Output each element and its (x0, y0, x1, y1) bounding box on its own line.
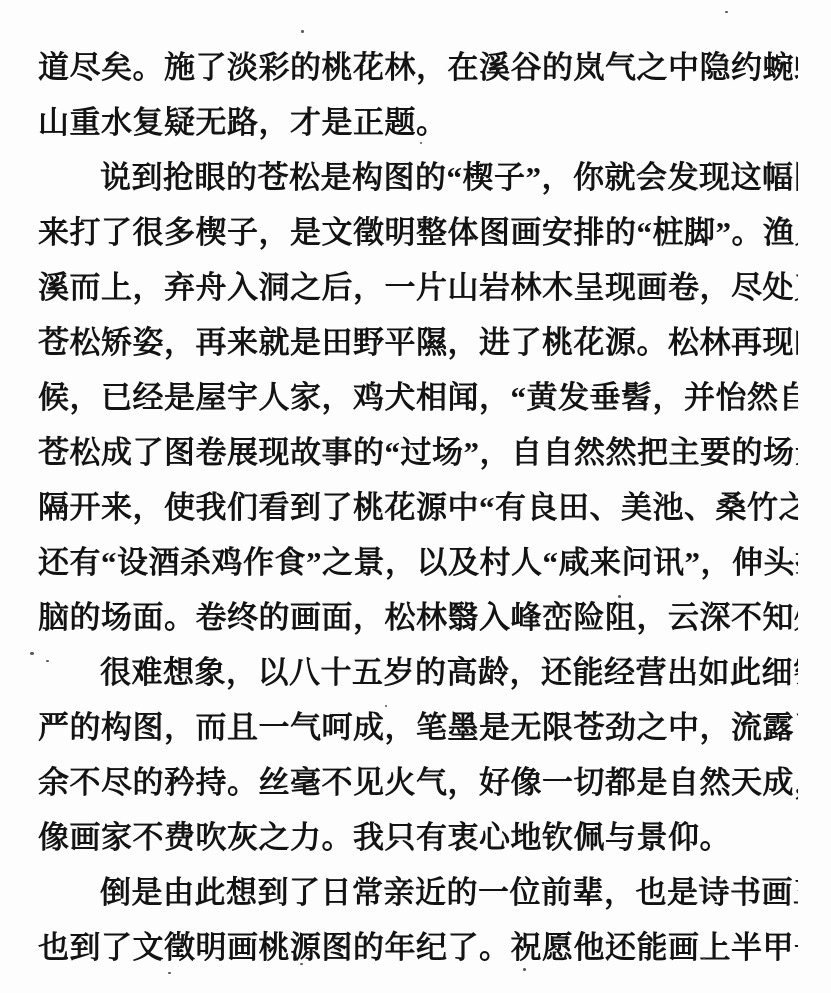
text-line: 很难想象，以八十五岁的高龄，还能经营出如此细密谨 (38, 645, 798, 700)
scan-noise-dot (703, 957, 705, 959)
scan-noise-dot (301, 30, 304, 33)
text-line: 说到抢眼的苍松是构图的“楔子”，你就会发现这幅图原 (38, 150, 798, 205)
text-line: 严的构图，而且一气呵成，笔墨是无限苍劲之中，流露了有 (38, 700, 798, 755)
scan-noise-dot (46, 660, 49, 662)
scan-noise-dot (523, 968, 526, 971)
text-line: 像画家不费吹灰之力。我只有衷心地钦佩与景仰。 (38, 810, 798, 865)
text-line: 苍松矫姿，再来就是田野平隰，进了桃花源。松林再现的时 (38, 315, 798, 370)
text-block: 道尽矣。施了淡彩的桃花林，在溪谷的岚气之中隐约蜿蜒，山重水复疑无路，才是正题。说… (38, 40, 798, 975)
text-line: 也到了文徵明画桃源图的年纪了。祝愿他还能画上半甲子。 (38, 920, 798, 975)
scanned-page: 道尽矣。施了淡彩的桃花林，在溪谷的岚气之中隐约蜿蜒，山重水复疑无路，才是正题。说… (0, 0, 831, 993)
text-line: 余不尽的矜持。丝毫不见火气，好像一切都是自然天成，如 (38, 755, 798, 810)
text-line: 溪而上，弃舟入洞之后，一片山岩林木呈现画卷，尽处又是 (38, 260, 798, 315)
text-line: 脑的场面。卷终的画面，松林翳入峰峦险阻，云深不知处。 (38, 590, 798, 645)
text-line: 隔开来，使我们看到了桃花源中“有良田、美池、桑竹之属”， (38, 480, 798, 535)
scan-noise-dot (385, 705, 387, 707)
scan-noise-dot (725, 11, 728, 13)
scan-noise-dot (168, 972, 171, 974)
text-line: 候，已经是屋宇人家，鸡犬相闻，“黄发垂髫，并怡然自乐”。 (38, 370, 798, 425)
scan-noise-dot (300, 963, 303, 965)
text-line: 苍松成了图卷展现故事的“过场”，自自然然把主要的场景间 (38, 425, 798, 480)
scan-noise-dot (420, 142, 422, 144)
scan-noise-dot (30, 652, 34, 655)
scan-noise-dot (618, 595, 621, 598)
text-line: 道尽矣。施了淡彩的桃花林，在溪谷的岚气之中隐约蜿蜒， (38, 40, 798, 95)
text-line: 山重水复疑无路，才是正题。 (38, 95, 798, 150)
text-line: 倒是由此想到了日常亲近的一位前辈，也是诗书画三绝， (38, 865, 798, 920)
text-line: 来打了很多楔子，是文徵明整体图画安排的“桩脚”。渔人缘 (38, 205, 798, 260)
text-line: 还有“设酒杀鸡作食”之景，以及村人“咸来问讯”，伸头探 (38, 535, 798, 590)
